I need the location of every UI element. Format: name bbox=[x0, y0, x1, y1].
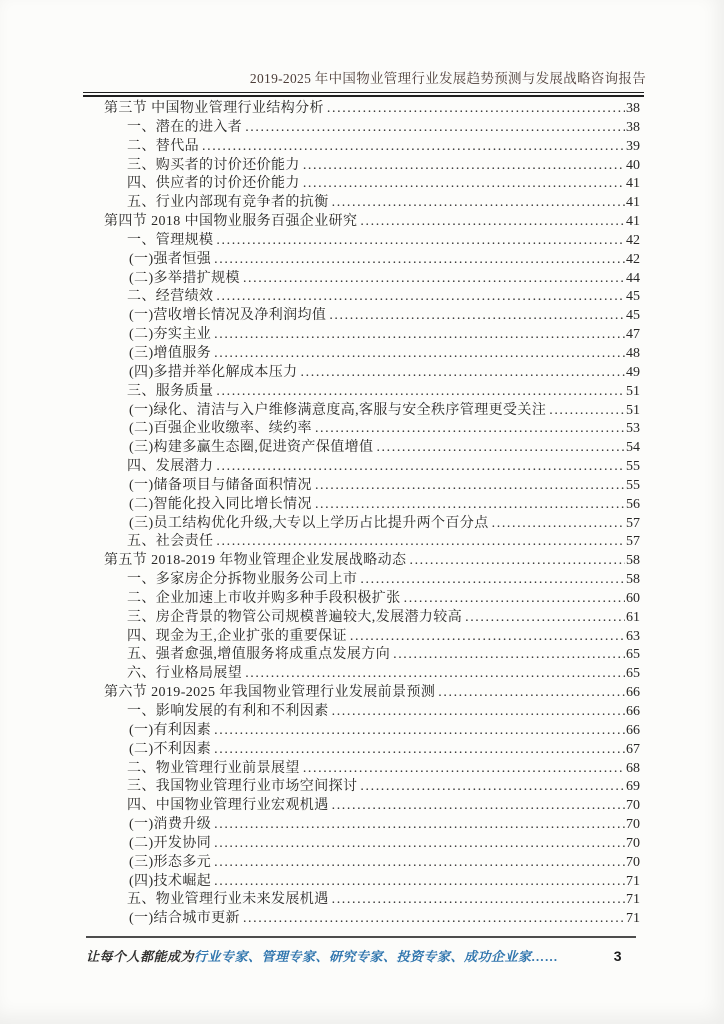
toc-entry-label: (一)储备项目与储备面积情况 bbox=[129, 474, 312, 494]
toc-entry: 第三节 中国物业管理行业结构分析........................… bbox=[83, 97, 640, 116]
toc-leader-dots: ........................................… bbox=[376, 440, 625, 456]
toc-entry-page: 49 bbox=[626, 365, 640, 381]
toc-leader-dots: ........................................… bbox=[245, 120, 625, 136]
toc-leader-dots: ........................................… bbox=[214, 817, 625, 833]
toc-entry-page: 42 bbox=[626, 252, 640, 268]
toc-entry-label: 二、经营绩效 bbox=[127, 285, 213, 305]
toc-entry-page: 71 bbox=[626, 874, 640, 890]
toc-entry: 二、企业加速上市收并购多种手段积极扩张.....................… bbox=[83, 587, 640, 606]
toc-leader-dots: ........................................… bbox=[438, 685, 625, 701]
toc-entry-page: 65 bbox=[626, 647, 640, 663]
toc-entry-label: 二、物业管理行业前景展望 bbox=[127, 757, 300, 777]
toc-entry: (一)消费升级.................................… bbox=[83, 813, 640, 832]
toc-entry-label: 六、行业格局展望 bbox=[127, 662, 242, 682]
toc-entry-label: (三)增值服务 bbox=[129, 342, 211, 362]
toc-entry: 四、供应者的讨价还价能力............................… bbox=[83, 172, 640, 191]
toc-entry-page: 38 bbox=[626, 120, 640, 136]
toc-entry: 第五节 2018-2019 年物业管理企业发展战略动态.............… bbox=[83, 549, 640, 568]
toc-leader-dots: ........................................… bbox=[327, 101, 625, 117]
toc-entry-label: 五、社会责任 bbox=[127, 530, 213, 550]
toc-entry: (四)技术崛起.................................… bbox=[83, 870, 640, 889]
toc-entry-label: 四、现金为王,企业扩张的重要保证 bbox=[127, 625, 347, 645]
toc-entry-page: 70 bbox=[626, 798, 640, 814]
toc-entry-page: 68 bbox=[626, 761, 640, 777]
toc-entry: 四、中国物业管理行业宏观机遇..........................… bbox=[83, 794, 640, 813]
toc-entry: 一、潜在的进入者................................… bbox=[83, 116, 640, 135]
toc-leader-dots: ........................................… bbox=[243, 911, 625, 927]
toc-entry-page: 38 bbox=[626, 101, 640, 117]
toc-entry: (二)不利因素.................................… bbox=[83, 738, 640, 757]
toc-entry-page: 45 bbox=[626, 308, 640, 324]
toc-leader-dots: ........................................… bbox=[332, 892, 625, 908]
footer-divider bbox=[86, 936, 636, 938]
toc-entry-page: 66 bbox=[626, 685, 640, 701]
toc-entry: 二、替代品...................................… bbox=[83, 135, 640, 154]
toc-leader-dots: ........................................… bbox=[202, 139, 625, 155]
page-footer: 让每个人都能成为行业专家、管理专家、研究专家、投资专家、成功企业家…… 3 bbox=[86, 946, 640, 965]
toc-entry-label: (二)夯实主业 bbox=[129, 323, 211, 343]
toc-leader-dots: ........................................… bbox=[329, 308, 625, 324]
toc-leader-dots: ........................................… bbox=[216, 384, 625, 400]
toc-leader-dots: ........................................… bbox=[303, 761, 625, 777]
toc-entry-label: (一)消费升级 bbox=[129, 813, 211, 833]
toc-entry-label: 一、影响发展的有利和不利因素 bbox=[127, 700, 329, 720]
toc-entry-page: 54 bbox=[626, 440, 640, 456]
toc-entry-page: 60 bbox=[626, 591, 640, 607]
toc-entry-label: (一)有利因素 bbox=[129, 719, 211, 739]
toc-entry-page: 41 bbox=[626, 195, 640, 211]
toc-entry-page: 69 bbox=[626, 779, 640, 795]
toc-entry: (二)智能化投入同比增长情况..........................… bbox=[83, 493, 640, 512]
toc-entry-label: (三)形态多元 bbox=[129, 851, 211, 871]
toc-entry-label: 二、企业加速上市收并购多种手段积极扩张 bbox=[127, 587, 401, 607]
toc-entry-page: 58 bbox=[626, 572, 640, 588]
toc-leader-dots: ........................................… bbox=[214, 252, 625, 268]
toc-leader-dots: ........................................… bbox=[315, 478, 625, 494]
toc-entry: (一)强者恒强.................................… bbox=[83, 248, 640, 267]
toc-entry-page: 57 bbox=[626, 516, 640, 532]
toc-entry: 一、影响发展的有利和不利因素..........................… bbox=[83, 700, 640, 719]
toc-entry-page: 48 bbox=[626, 346, 640, 362]
toc-entry-page: 47 bbox=[626, 327, 640, 343]
toc-entry-label: 四、供应者的讨价还价能力 bbox=[127, 172, 300, 192]
toc-entry-label: 四、中国物业管理行业宏观机遇 bbox=[127, 794, 329, 814]
report-header-title: 2019-2025 年中国物业管理行业发展趋势预测与发展战略咨询报告 bbox=[83, 70, 646, 88]
toc-leader-dots: ........................................… bbox=[214, 874, 625, 890]
toc-entry-page: 67 bbox=[626, 742, 640, 758]
toc-leader-dots: ........................................… bbox=[214, 855, 625, 871]
toc-entry-page: 70 bbox=[626, 836, 640, 852]
toc-entry: 三、服务质量..................................… bbox=[83, 380, 640, 399]
toc-entry-page: 58 bbox=[626, 553, 640, 569]
toc-leader-dots: ........................................… bbox=[214, 742, 625, 758]
toc-entry-label: 第四节 2018 中国物业服务百强企业研究 bbox=[104, 210, 357, 230]
toc-leader-dots: ........................................… bbox=[214, 327, 625, 343]
toc-entry-label: 五、行业内部现有竞争者的抗衡 bbox=[127, 191, 329, 211]
toc-entry-label: 三、购买者的讨价还价能力 bbox=[127, 154, 300, 174]
toc-entry: 五、物业管理行业未来发展机遇..........................… bbox=[83, 888, 640, 907]
toc-entry-label: (二)百强企业收缴率、续约率 bbox=[129, 417, 312, 437]
toc-entry: 五、社会责任..................................… bbox=[83, 530, 640, 549]
toc-entry-label: (四)多措并举化解成本压力 bbox=[129, 361, 298, 381]
toc-entry: 一、多家房企分拆物业服务公司上市........................… bbox=[83, 568, 640, 587]
toc-leader-dots: ........................................… bbox=[216, 289, 625, 305]
toc-leader-dots: ........................................… bbox=[332, 704, 625, 720]
toc-entry: (二)多举措扩规模...............................… bbox=[83, 267, 640, 286]
toc-entry-page: 45 bbox=[626, 289, 640, 305]
toc-entry: 四、现金为王,企业扩张的重要保证........................… bbox=[83, 625, 640, 644]
page-number: 3 bbox=[614, 948, 622, 964]
toc-entry: 六、行业格局展望................................… bbox=[83, 662, 640, 681]
toc-entry-label: 三、房企背景的物管公司规模普遍较大,发展潜力较高 bbox=[127, 606, 462, 626]
toc-leader-dots: ........................................… bbox=[216, 233, 625, 249]
toc-leader-dots: ........................................… bbox=[243, 271, 625, 287]
toc-entry-page: 51 bbox=[626, 384, 640, 400]
toc-entry-page: 41 bbox=[626, 176, 640, 192]
toc-entry-page: 41 bbox=[626, 214, 640, 230]
toc-entry-page: 55 bbox=[626, 459, 640, 475]
toc-entry-label: 一、多家房企分拆物业服务公司上市 bbox=[127, 568, 357, 588]
toc-entry-label: 四、发展潜力 bbox=[127, 455, 213, 475]
toc-entry-label: (一)结合城市更新 bbox=[129, 907, 240, 927]
toc-leader-dots: ........................................… bbox=[216, 459, 625, 475]
toc-entry: 五、行业内部现有竞争者的抗衡..........................… bbox=[83, 191, 640, 210]
footer-slogan: 让每个人都能成为行业专家、管理专家、研究专家、投资专家、成功企业家…… bbox=[86, 946, 559, 965]
toc-entry: 四、发展潜力..................................… bbox=[83, 455, 640, 474]
toc-entry-label: 一、管理规模 bbox=[127, 229, 213, 249]
toc-entry: (四)多措并举化解成本压力...........................… bbox=[83, 361, 640, 380]
toc-entry-page: 53 bbox=[626, 421, 640, 437]
footer-slogan-prefix: 让每个人都能成为 bbox=[86, 949, 194, 964]
toc-entry: (二)开发协同.................................… bbox=[83, 832, 640, 851]
toc-entry-label: (二)不利因素 bbox=[129, 738, 211, 758]
toc-entry-label: (三)员工结构优化升级,大专以上学历占比提升两个百分点 bbox=[129, 512, 489, 532]
toc-entry-label: (二)智能化投入同比增长情况 bbox=[129, 493, 312, 513]
toc-leader-dots: ........................................… bbox=[465, 610, 625, 626]
toc-entry-page: 70 bbox=[626, 817, 640, 833]
toc-entry: (三)形态多元.................................… bbox=[83, 851, 640, 870]
toc-leader-dots: ........................................… bbox=[360, 214, 625, 230]
toc-entry-label: 一、潜在的进入者 bbox=[127, 116, 242, 136]
toc-entry: 一、管理规模..................................… bbox=[83, 229, 640, 248]
toc-leader-dots: ........................................… bbox=[315, 421, 625, 437]
toc-leader-dots: ........................................… bbox=[315, 497, 625, 513]
toc-entry-page: 57 bbox=[626, 534, 640, 550]
toc-entry-page: 61 bbox=[626, 610, 640, 626]
toc-entry: (一)营收增长情况及净利润均值.........................… bbox=[83, 304, 640, 323]
toc-leader-dots: ........................................… bbox=[303, 176, 625, 192]
toc-entry-page: 71 bbox=[626, 892, 640, 908]
toc-entry-label: 五、物业管理行业未来发展机遇 bbox=[127, 888, 329, 908]
toc-entry: 第四节 2018 中国物业服务百强企业研究...................… bbox=[83, 210, 640, 229]
toc-entry: (二)百强企业收缴率、续约率..........................… bbox=[83, 417, 640, 436]
toc-entry-label: 第五节 2018-2019 年物业管理企业发展战略动态 bbox=[104, 549, 406, 569]
toc-entry: 二、物业管理行业前景展望............................… bbox=[83, 757, 640, 776]
toc-entry: (三)员工结构优化升级,大专以上学历占比提升两个百分点.............… bbox=[83, 512, 640, 531]
toc-entry-label: (一)绿化、清洁与入户维修满意度高,客服与安全秩序管理更受关注 bbox=[129, 399, 546, 419]
toc-entry-label: (一)营收增长情况及净利润均值 bbox=[129, 304, 326, 324]
toc-entry: 三、房企背景的物管公司规模普遍较大,发展潜力较高................… bbox=[83, 606, 640, 625]
toc-entry-label: 第三节 中国物业管理行业结构分析 bbox=[104, 97, 324, 117]
toc-entry: (三)增值服务.................................… bbox=[83, 342, 640, 361]
toc-entry: 三、购买者的讨价还价能力............................… bbox=[83, 154, 640, 173]
toc-entry-page: 63 bbox=[626, 629, 640, 645]
toc-entry-page: 65 bbox=[626, 666, 640, 682]
toc-list: 第三节 中国物业管理行业结构分析........................… bbox=[83, 97, 640, 926]
toc-entry: 第六节 2019-2025 年我国物业管理行业发展前景预测...........… bbox=[83, 681, 640, 700]
toc-entry: 五、强者愈强,增值服务将成重点发展方向.....................… bbox=[83, 643, 640, 662]
toc-entry: 二、经营绩效..................................… bbox=[83, 285, 640, 304]
toc-entry-label: 五、强者愈强,增值服务将成重点发展方向 bbox=[127, 643, 390, 663]
toc-entry: (一)绿化、清洁与入户维修满意度高,客服与安全秩序管理更受关注.........… bbox=[83, 399, 640, 418]
toc-leader-dots: ........................................… bbox=[360, 572, 625, 588]
toc-leader-dots: ........................................… bbox=[404, 591, 625, 607]
toc-leader-dots: ........................................… bbox=[303, 158, 625, 174]
toc-entry: (一)有利因素.................................… bbox=[83, 719, 640, 738]
toc-leader-dots: ........................................… bbox=[245, 666, 625, 682]
toc-entry: (二)夯实主业.................................… bbox=[83, 323, 640, 342]
toc-entry-page: 42 bbox=[626, 233, 640, 249]
toc-entry: (一)结合城市更新...............................… bbox=[83, 907, 640, 926]
toc-leader-dots: ........................................… bbox=[492, 516, 625, 532]
footer-slogan-highlight: 行业专家、管理专家、研究专家、投资专家、成功企业家…… bbox=[194, 949, 559, 964]
toc-entry-page: 39 bbox=[626, 139, 640, 155]
toc-leader-dots: ........................................… bbox=[214, 346, 625, 362]
toc-entry-label: (二)多举措扩规模 bbox=[129, 267, 240, 287]
toc-entry-page: 51 bbox=[626, 403, 640, 419]
toc-entry-label: (三)构建多赢生态圈,促进资产保值增值 bbox=[129, 436, 373, 456]
toc-entry: 三、我国物业管理行业市场空间探讨........................… bbox=[83, 775, 640, 794]
toc-leader-dots: ........................................… bbox=[350, 629, 625, 645]
document-page: 2019-2025 年中国物业管理行业发展趋势预测与发展战略咨询报告 第三节 中… bbox=[0, 0, 724, 1024]
toc-leader-dots: ........................................… bbox=[409, 553, 625, 569]
toc-entry-label: 二、替代品 bbox=[127, 135, 199, 155]
toc-leader-dots: ........................................… bbox=[393, 647, 625, 663]
toc-leader-dots: ........................................… bbox=[301, 365, 625, 381]
toc-leader-dots: ........................................… bbox=[214, 723, 625, 739]
toc-entry-page: 40 bbox=[626, 158, 640, 174]
toc-leader-dots: ........................................… bbox=[332, 195, 625, 211]
toc-entry-label: (一)强者恒强 bbox=[129, 248, 211, 268]
toc-entry-label: (四)技术崛起 bbox=[129, 870, 211, 890]
toc-entry-label: 三、我国物业管理行业市场空间探讨 bbox=[127, 775, 357, 795]
toc-entry-page: 66 bbox=[626, 704, 640, 720]
toc-entry-page: 70 bbox=[626, 855, 640, 871]
toc-entry-label: (二)开发协同 bbox=[129, 832, 211, 852]
toc-entry-page: 44 bbox=[626, 271, 640, 287]
toc-entry-label: 三、服务质量 bbox=[127, 380, 213, 400]
toc-entry-page: 56 bbox=[626, 497, 640, 513]
toc-entry-page: 71 bbox=[626, 911, 640, 927]
toc-entry: (三)构建多赢生态圈,促进资产保值增值.....................… bbox=[83, 436, 640, 455]
toc-leader-dots: ........................................… bbox=[360, 779, 625, 795]
toc-entry-page: 66 bbox=[626, 723, 640, 739]
toc-leader-dots: ........................................… bbox=[216, 534, 625, 550]
toc-leader-dots: ........................................… bbox=[332, 798, 625, 814]
toc-leader-dots: ........................................… bbox=[214, 836, 625, 852]
toc-leader-dots: ........................................… bbox=[549, 403, 625, 419]
toc-entry-page: 55 bbox=[626, 478, 640, 494]
toc-entry-label: 第六节 2019-2025 年我国物业管理行业发展前景预测 bbox=[104, 681, 435, 701]
toc-entry: (一)储备项目与储备面积情况..........................… bbox=[83, 474, 640, 493]
